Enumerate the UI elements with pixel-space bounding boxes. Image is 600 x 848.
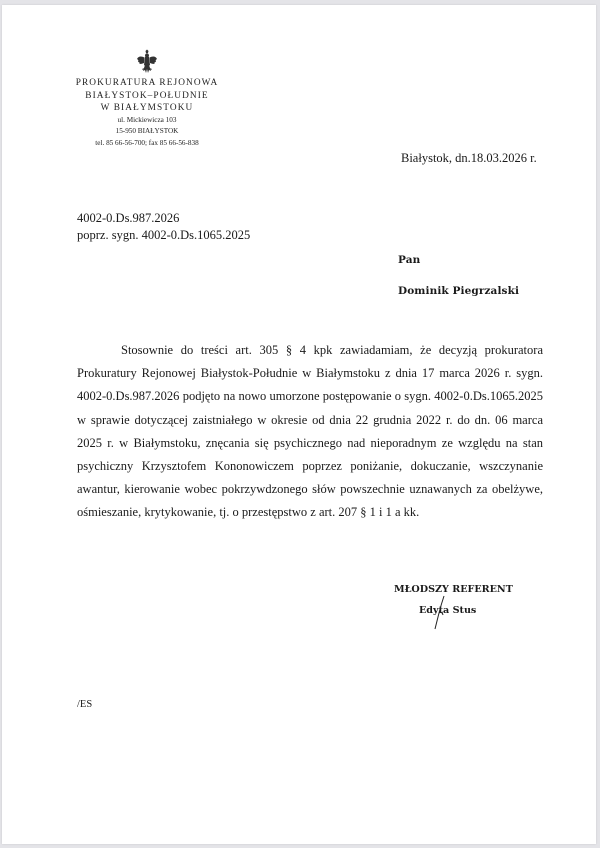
letterhead: PROKURATURA REJONOWA BIAŁYSTOK–POŁUDNIE … bbox=[62, 49, 232, 149]
previous-case-number: poprz. sygn. 4002-0.Ds.1065.2025 bbox=[77, 227, 250, 244]
office-name-line-3: W BIAŁYMSTOKU bbox=[62, 102, 232, 115]
office-postal: 15-950 BIAŁYSTOK bbox=[62, 126, 232, 138]
letter-body: Stosownie do treści art. 305 § 4 kpk zaw… bbox=[77, 339, 543, 525]
case-number: 4002-0.Ds.987.2026 bbox=[77, 210, 250, 227]
author-initials: /ES bbox=[77, 699, 92, 710]
document-date: Białystok, dn.18.03.2026 r. bbox=[401, 151, 537, 166]
office-street: ul. Mickiewicza 103 bbox=[62, 115, 232, 127]
signatory-title: MŁODSZY REFERENT bbox=[394, 584, 513, 595]
office-name-line-1: PROKURATURA REJONOWA bbox=[62, 77, 232, 90]
eagle-emblem-icon bbox=[136, 49, 158, 77]
case-reference: 4002-0.Ds.987.2026 poprz. sygn. 4002-0.D… bbox=[77, 210, 250, 244]
addressee-name: Dominik Piegrzalski bbox=[398, 285, 519, 297]
handwritten-signature-icon bbox=[430, 595, 450, 631]
document-page: PROKURATURA REJONOWA BIAŁYSTOK–POŁUDNIE … bbox=[2, 5, 596, 844]
office-phone-fax: tel. 85 66-56-700; fax 85 66-56-838 bbox=[62, 138, 232, 150]
addressee-salutation: Pan bbox=[398, 254, 420, 266]
office-name-line-2: BIAŁYSTOK–POŁUDNIE bbox=[62, 90, 232, 103]
letter-body-text: Stosownie do treści art. 305 § 4 kpk zaw… bbox=[77, 343, 543, 519]
